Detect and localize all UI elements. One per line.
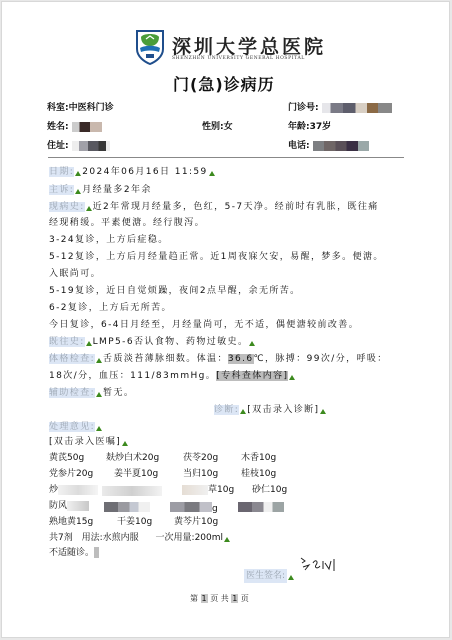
- signature-label: 医生签名:: [244, 569, 287, 583]
- exam-row-2: 18次/分，血压：111/83mmHg。[专科查体内容]: [49, 368, 296, 381]
- temperature-value[interactable]: 36.6: [228, 354, 254, 364]
- history-line[interactable]: 今日复诊，6-4日月经至，月经量尚可，无不适，偶便溏较前改善。: [49, 317, 359, 330]
- phone-label: 电话:: [288, 141, 310, 151]
- revision-mark-icon: [96, 426, 102, 431]
- aux-exam-row: 辅助检查:暂无。: [49, 385, 134, 398]
- signature-image: [299, 555, 341, 581]
- hospital-name-en: SHENZHEN UNIVERSITY GENERAL HOSPITAL: [172, 56, 305, 61]
- gender-value: 女: [224, 122, 233, 132]
- revision-mark-icon: [96, 392, 102, 397]
- past-history-label: 既往史:: [49, 337, 85, 347]
- history-line[interactable]: 5-19复诊，近日自觉烦躁，夜间2点早醒，余无所苦。: [49, 283, 301, 296]
- age-label: 年龄:: [288, 122, 310, 132]
- pulse-value[interactable]: 99: [307, 354, 321, 364]
- current-page: 1: [201, 594, 208, 603]
- redacted-block: [238, 496, 284, 515]
- redacted-name: [72, 122, 102, 132]
- department-label: 科室:: [47, 103, 69, 113]
- revision-mark-icon: [86, 206, 92, 211]
- treatment-label: 处理意见:: [49, 422, 95, 432]
- complaint-label: 主诉:: [49, 185, 74, 195]
- clinic-number-field: 门诊号:: [288, 100, 392, 113]
- redacted-clinic-number: [322, 103, 392, 113]
- aux-exam-value[interactable]: 暂无。: [103, 388, 134, 398]
- revision-mark-icon: [240, 409, 246, 414]
- page-indicator: 第 1 页 共 1 页: [190, 593, 249, 604]
- past-history-value[interactable]: LMP5-6否认食物、药物过敏史。: [93, 337, 249, 347]
- age-field: 年龄:37岁: [288, 119, 331, 132]
- clinic-number-label: 门诊号:: [288, 103, 319, 113]
- rx-item[interactable]: 当归10g: [183, 466, 218, 479]
- redacted-block: g: [170, 496, 218, 515]
- revision-mark-icon: [75, 189, 81, 194]
- history-line[interactable]: 6-2复诊，上方后无所苦。: [49, 300, 172, 313]
- history-row: 现病史:近2年常现月经量多，色红，5-7天净。经前时有乳胀，既往痛: [49, 199, 379, 212]
- history-line[interactable]: 经现稍缓。平素便溏。经行腹泻。: [49, 215, 205, 228]
- exam-text[interactable]: 舌质淡苔薄脉细数。体温：: [103, 354, 228, 364]
- revision-mark-icon: [86, 341, 92, 346]
- date-row: 日期:2024年06月16日 11:59: [49, 164, 216, 177]
- aux-exam-label: 辅助检查:: [49, 388, 95, 398]
- pulse-unit: 次/分，呼吸：: [321, 354, 388, 364]
- date-label: 日期:: [49, 167, 74, 177]
- diagnosis-row: 诊断:[双击录入诊断]: [214, 402, 327, 415]
- revision-mark-icon: [122, 441, 128, 446]
- order-placeholder-text: [双击录入医嘱]: [49, 437, 121, 447]
- history-label: 现病史:: [49, 202, 85, 212]
- department-field: 科室:中医科门诊: [47, 100, 114, 113]
- rx-item[interactable]: 茯苓20g: [183, 450, 218, 463]
- name-field: 姓名:: [47, 119, 102, 132]
- hospital-name: 深圳大学总医院: [172, 32, 326, 59]
- page-prefix: 第: [190, 594, 198, 603]
- single-dose[interactable]: 一次用量:200ml: [156, 533, 223, 543]
- rx-item[interactable]: 木香10g: [241, 450, 276, 463]
- temperature-unit: ℃，脉搏：: [254, 354, 307, 364]
- history-line[interactable]: 5-12复诊，上方后月经量趋正常。近1周夜寐欠安，易醒，梦多。便溏。: [49, 249, 384, 262]
- revision-mark-icon: [75, 171, 81, 176]
- rx-item[interactable]: 干姜10g: [117, 514, 152, 527]
- past-history-row: 既往史:LMP5-6否认食物、药物过敏史。: [49, 334, 256, 347]
- revision-mark-icon: [209, 171, 215, 176]
- doctor-signature-row: 医生签名:: [244, 563, 295, 582]
- department-value: 中医科门诊: [69, 103, 114, 113]
- followup-note: 不适随诊。: [49, 545, 99, 558]
- respiration-value[interactable]: 18: [49, 371, 63, 381]
- exam-row: 体格检查:舌质淡苔薄脉细数。体温：36.6℃，脉搏：99次/分，呼吸：: [49, 351, 388, 364]
- followup-text[interactable]: 不适随诊。: [49, 548, 94, 558]
- special-exam-placeholder[interactable]: [专科查体内容]: [216, 371, 288, 381]
- revision-mark-icon: [224, 537, 230, 542]
- page-suffix: 页: [241, 594, 249, 603]
- history-line[interactable]: 近2年常现月经量多，色红，5-7天净。经前时有乳胀，既往痛: [93, 202, 379, 212]
- total-pages: 1: [231, 594, 238, 603]
- revision-mark-icon: [96, 358, 102, 363]
- revision-mark-icon: [288, 575, 294, 580]
- rx-item[interactable]: 熟地黄15g: [49, 514, 93, 527]
- revision-mark-icon: [289, 375, 295, 380]
- exam-bp-text[interactable]: 次/分，血压：111/83mmHg。: [63, 371, 216, 381]
- complaint-value[interactable]: 月经量多2年余: [82, 185, 152, 195]
- dosage-count[interactable]: 共7剂: [49, 533, 73, 543]
- address-field: 住址:: [47, 138, 110, 151]
- revision-mark-icon: [249, 341, 255, 346]
- rx-item-redacted[interactable]: 草10g: [182, 482, 234, 495]
- text-cursor: [94, 547, 99, 558]
- history-line[interactable]: 入眠尚可。: [49, 266, 101, 279]
- revision-mark-icon: [320, 409, 326, 414]
- complaint-row: 主诉:月经量多2年余: [49, 182, 152, 195]
- rx-item[interactable]: 姜半夏10g: [114, 466, 158, 479]
- medical-record-page: 深圳大学总医院 SHENZHEN UNIVERSITY GENERAL HOSP…: [1, 1, 450, 638]
- rx-item[interactable]: 麸炒白术20g: [106, 450, 159, 463]
- usage[interactable]: 用法:水煎内服: [82, 533, 139, 543]
- rx-item-redacted[interactable]: 防风: [49, 498, 89, 511]
- rx-dosage-row: 共7剂 用法:水煎内服 一次用量:200ml: [49, 530, 231, 543]
- gender-field: 性别:女: [202, 119, 233, 132]
- date-value[interactable]: 2024年06月16日 11:59: [82, 167, 207, 177]
- document-title: 门(急)诊病历: [173, 72, 275, 95]
- order-placeholder[interactable]: [双击录入医嘱]: [49, 434, 129, 447]
- diagnosis-label: 诊断:: [214, 405, 239, 415]
- address-label: 住址:: [47, 141, 69, 151]
- rx-item[interactable]: 党参片20g: [49, 466, 93, 479]
- rx-item[interactable]: 砂仁10g: [252, 482, 287, 495]
- header-divider: [48, 157, 404, 158]
- diagnosis-value[interactable]: [双击录入诊断]: [247, 405, 319, 415]
- age-value: 37岁: [310, 122, 332, 132]
- exam-label: 体格检查:: [49, 354, 95, 364]
- rx-item-redacted[interactable]: 炒: [49, 482, 98, 495]
- rx-item[interactable]: 黄芩片10g: [174, 514, 218, 527]
- redacted-phone: [313, 141, 369, 151]
- redacted-address: [72, 141, 110, 151]
- redacted-block: [104, 496, 150, 515]
- rx-item[interactable]: 桂枝10g: [241, 466, 276, 479]
- page-mid: 页 共: [210, 594, 229, 603]
- treatment-row: 处理意见:: [49, 419, 103, 432]
- gender-label: 性别:: [202, 122, 224, 132]
- history-line[interactable]: 3-24复诊，上方后症稳。: [49, 232, 169, 245]
- hospital-logo-icon: [135, 29, 165, 65]
- phone-field: 电话:: [288, 138, 369, 151]
- name-label: 姓名:: [47, 122, 69, 132]
- rx-item[interactable]: 黄芪50g: [49, 450, 84, 463]
